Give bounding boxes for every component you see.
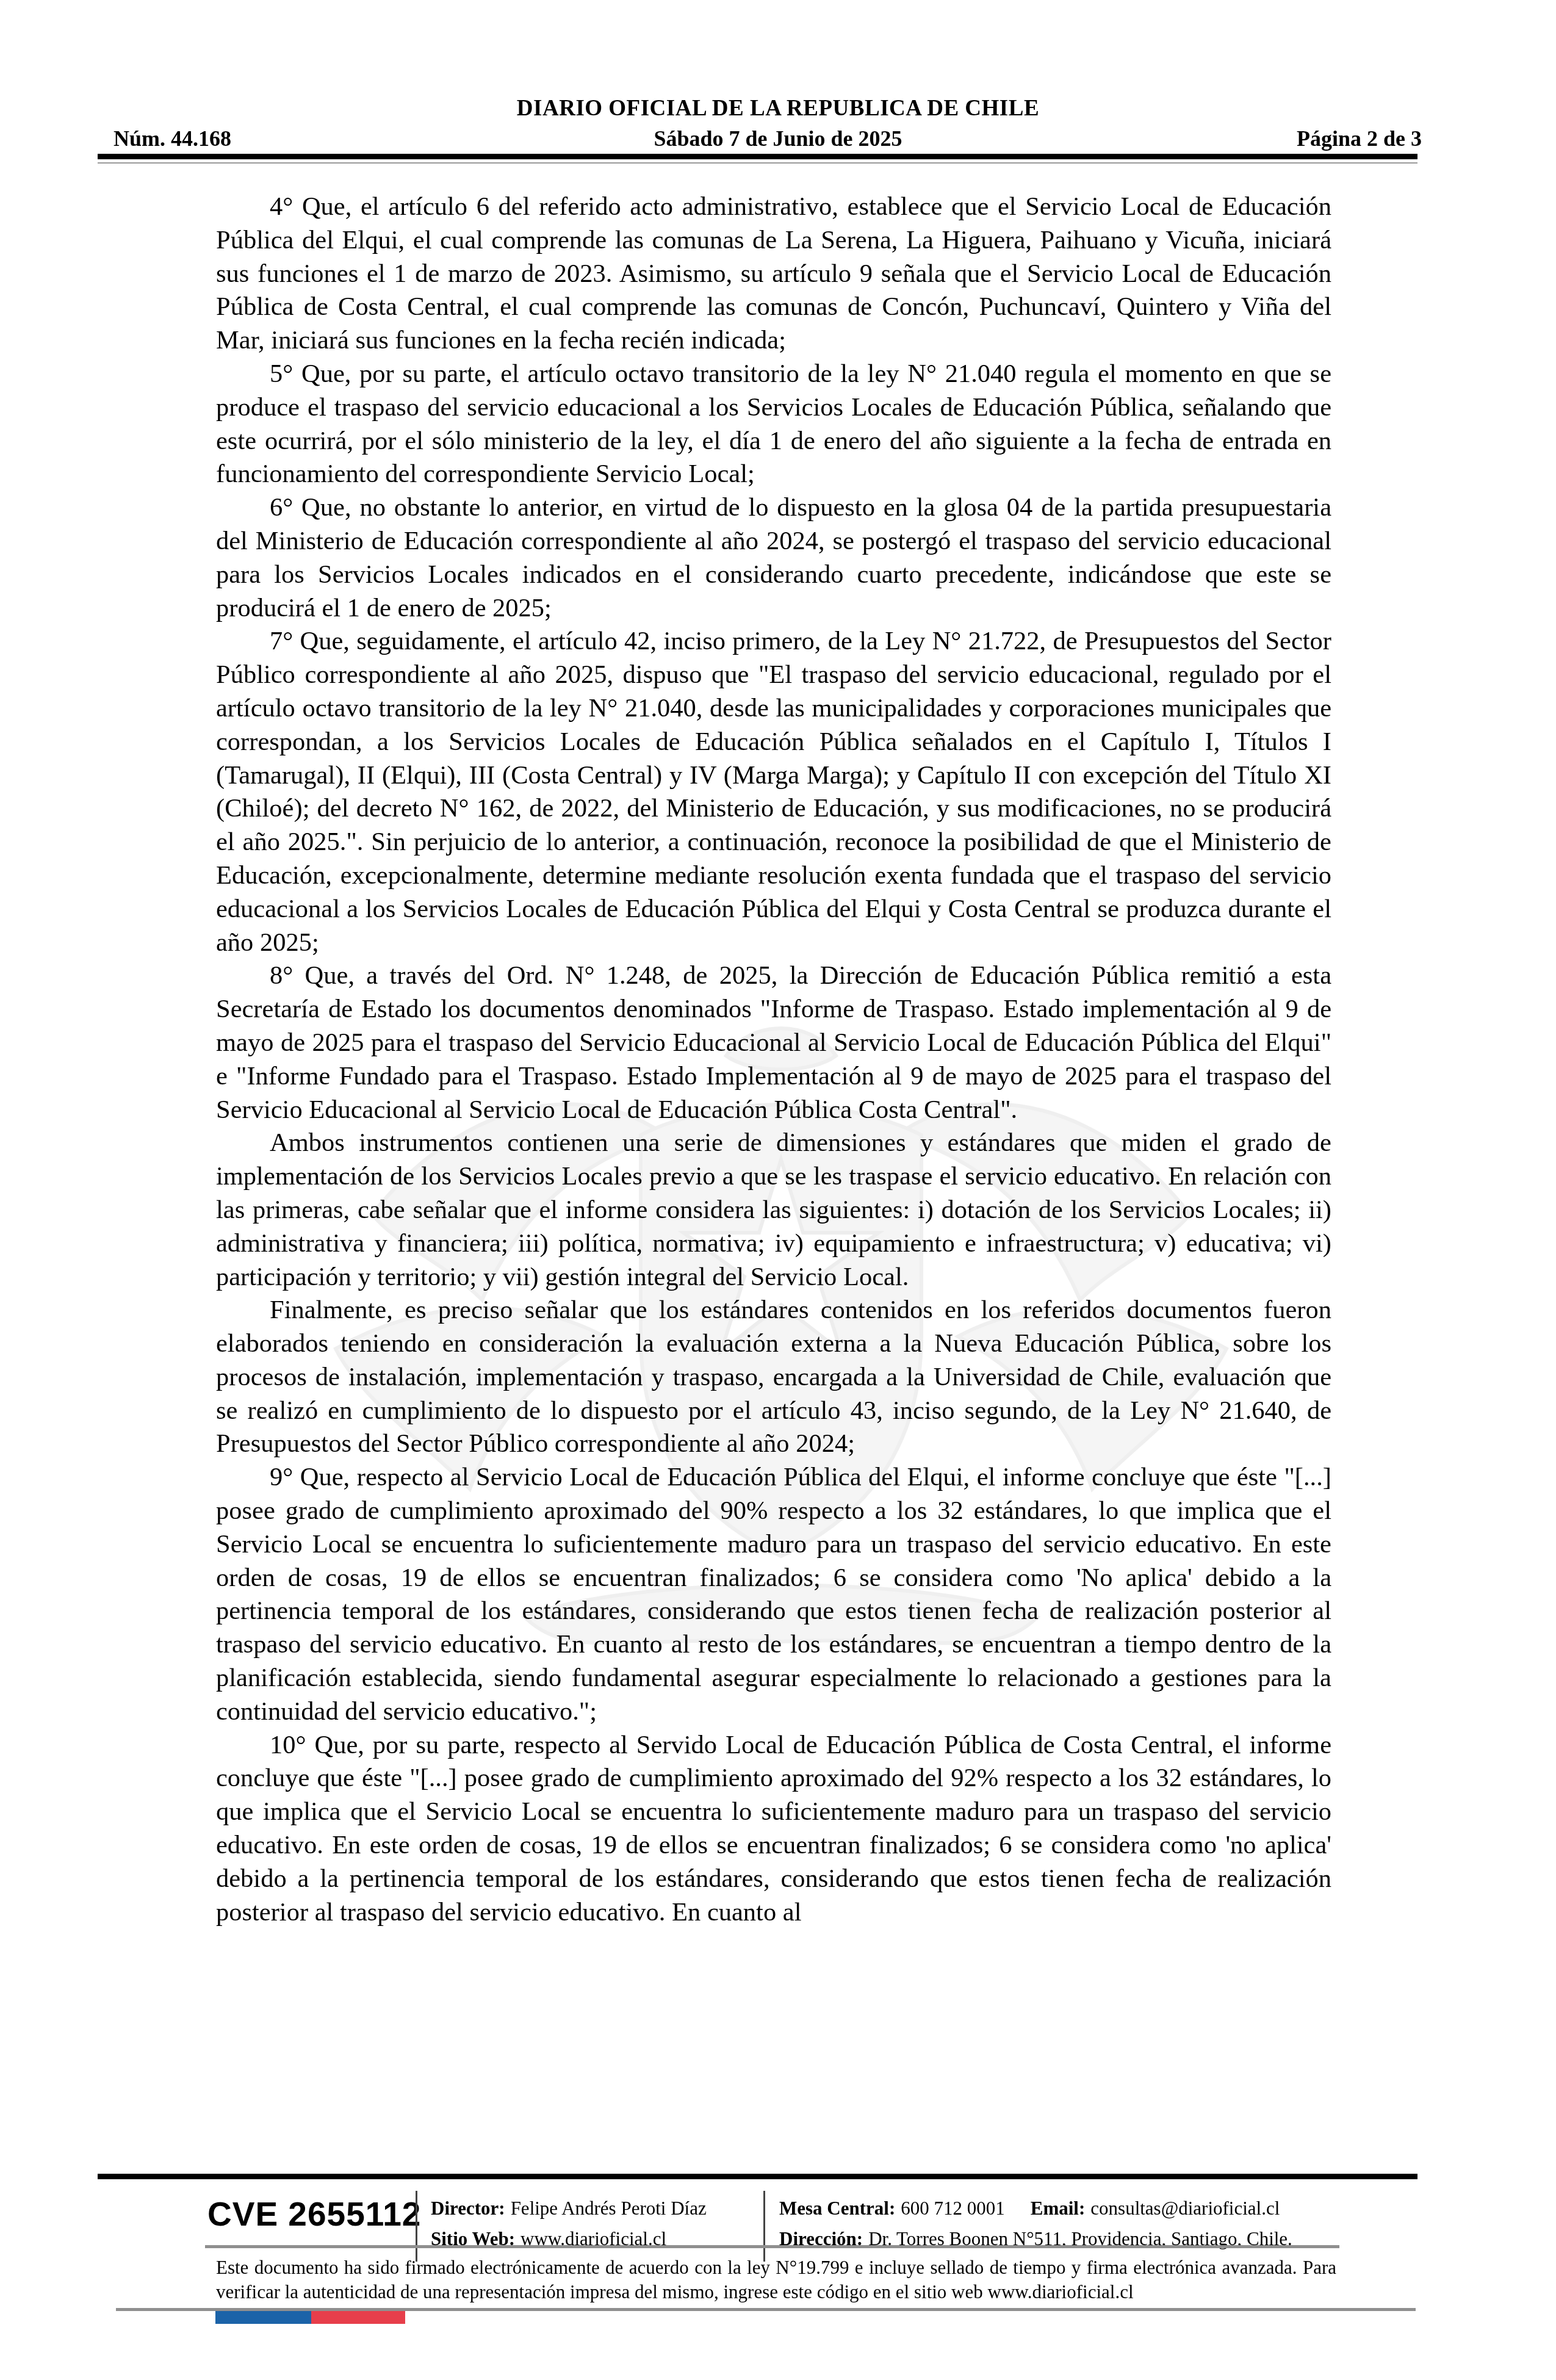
paragraph: 7° Que, seguidamente, el artículo 42, in… bbox=[216, 625, 1331, 959]
header-rule bbox=[98, 154, 1417, 159]
footer-rule bbox=[98, 2174, 1417, 2179]
newspaper-masthead: DIARIO OFICIAL DE LA REPUBLICA DE CHILE bbox=[0, 95, 1556, 121]
paragraph: 6° Que, no obstante lo anterior, en virt… bbox=[216, 491, 1331, 625]
footer-divider bbox=[416, 2191, 417, 2262]
page-indicator: Página 2 de 3 bbox=[1275, 126, 1422, 151]
phone-label: Mesa Central: bbox=[779, 2198, 895, 2219]
email-address: consultas@diarioficial.cl bbox=[1090, 2198, 1280, 2219]
flag-bar-blue bbox=[215, 2311, 311, 2324]
paragraph: 4° Que, el artículo 6 del referido acto … bbox=[216, 190, 1331, 358]
footer-divider bbox=[763, 2191, 765, 2262]
cve-code: CVE 2655112 bbox=[207, 2194, 421, 2234]
legal-notice: Este documento ha sido firmado electróni… bbox=[216, 2256, 1336, 2304]
director-line: Director:Felipe Andrés Peroti Díaz bbox=[431, 2193, 707, 2224]
document-page: { "header": { "newspaper_title": "DIARIO… bbox=[0, 0, 1556, 2380]
paragraph: 10° Que, por su parte, respecto al Servi… bbox=[216, 1729, 1331, 1930]
phone-email-line: Mesa Central:600 712 0001Email:consultas… bbox=[779, 2193, 1292, 2224]
header-rule-thin bbox=[98, 162, 1417, 164]
director-name: Felipe Andrés Peroti Díaz bbox=[511, 2198, 707, 2219]
director-label: Director: bbox=[431, 2198, 505, 2219]
paragraph: 8° Que, a través del Ord. N° 1.248, de 2… bbox=[216, 959, 1331, 1127]
paragraph: 5° Que, por su parte, el artículo octavo… bbox=[216, 358, 1331, 491]
paragraph: Finalmente, es preciso señalar que los e… bbox=[216, 1294, 1331, 1461]
phone-number: 600 712 0001 bbox=[901, 2198, 1005, 2219]
flag-bar-red bbox=[311, 2311, 405, 2324]
address-line: Dirección:Dr. Torres Boonen N°511, Provi… bbox=[779, 2224, 1292, 2254]
footer-gray-rule bbox=[205, 2245, 1339, 2248]
email-label: Email: bbox=[1031, 2198, 1086, 2219]
document-body: 4° Que, el artículo 6 del referido acto … bbox=[216, 190, 1331, 1929]
website-line: Sitio Web:www.diarioficial.cl bbox=[431, 2224, 707, 2254]
paragraph: Ambos instrumentos contienen una serie d… bbox=[216, 1127, 1331, 1294]
paragraph: 9° Que, respecto al Servicio Local de Ed… bbox=[216, 1461, 1331, 1728]
